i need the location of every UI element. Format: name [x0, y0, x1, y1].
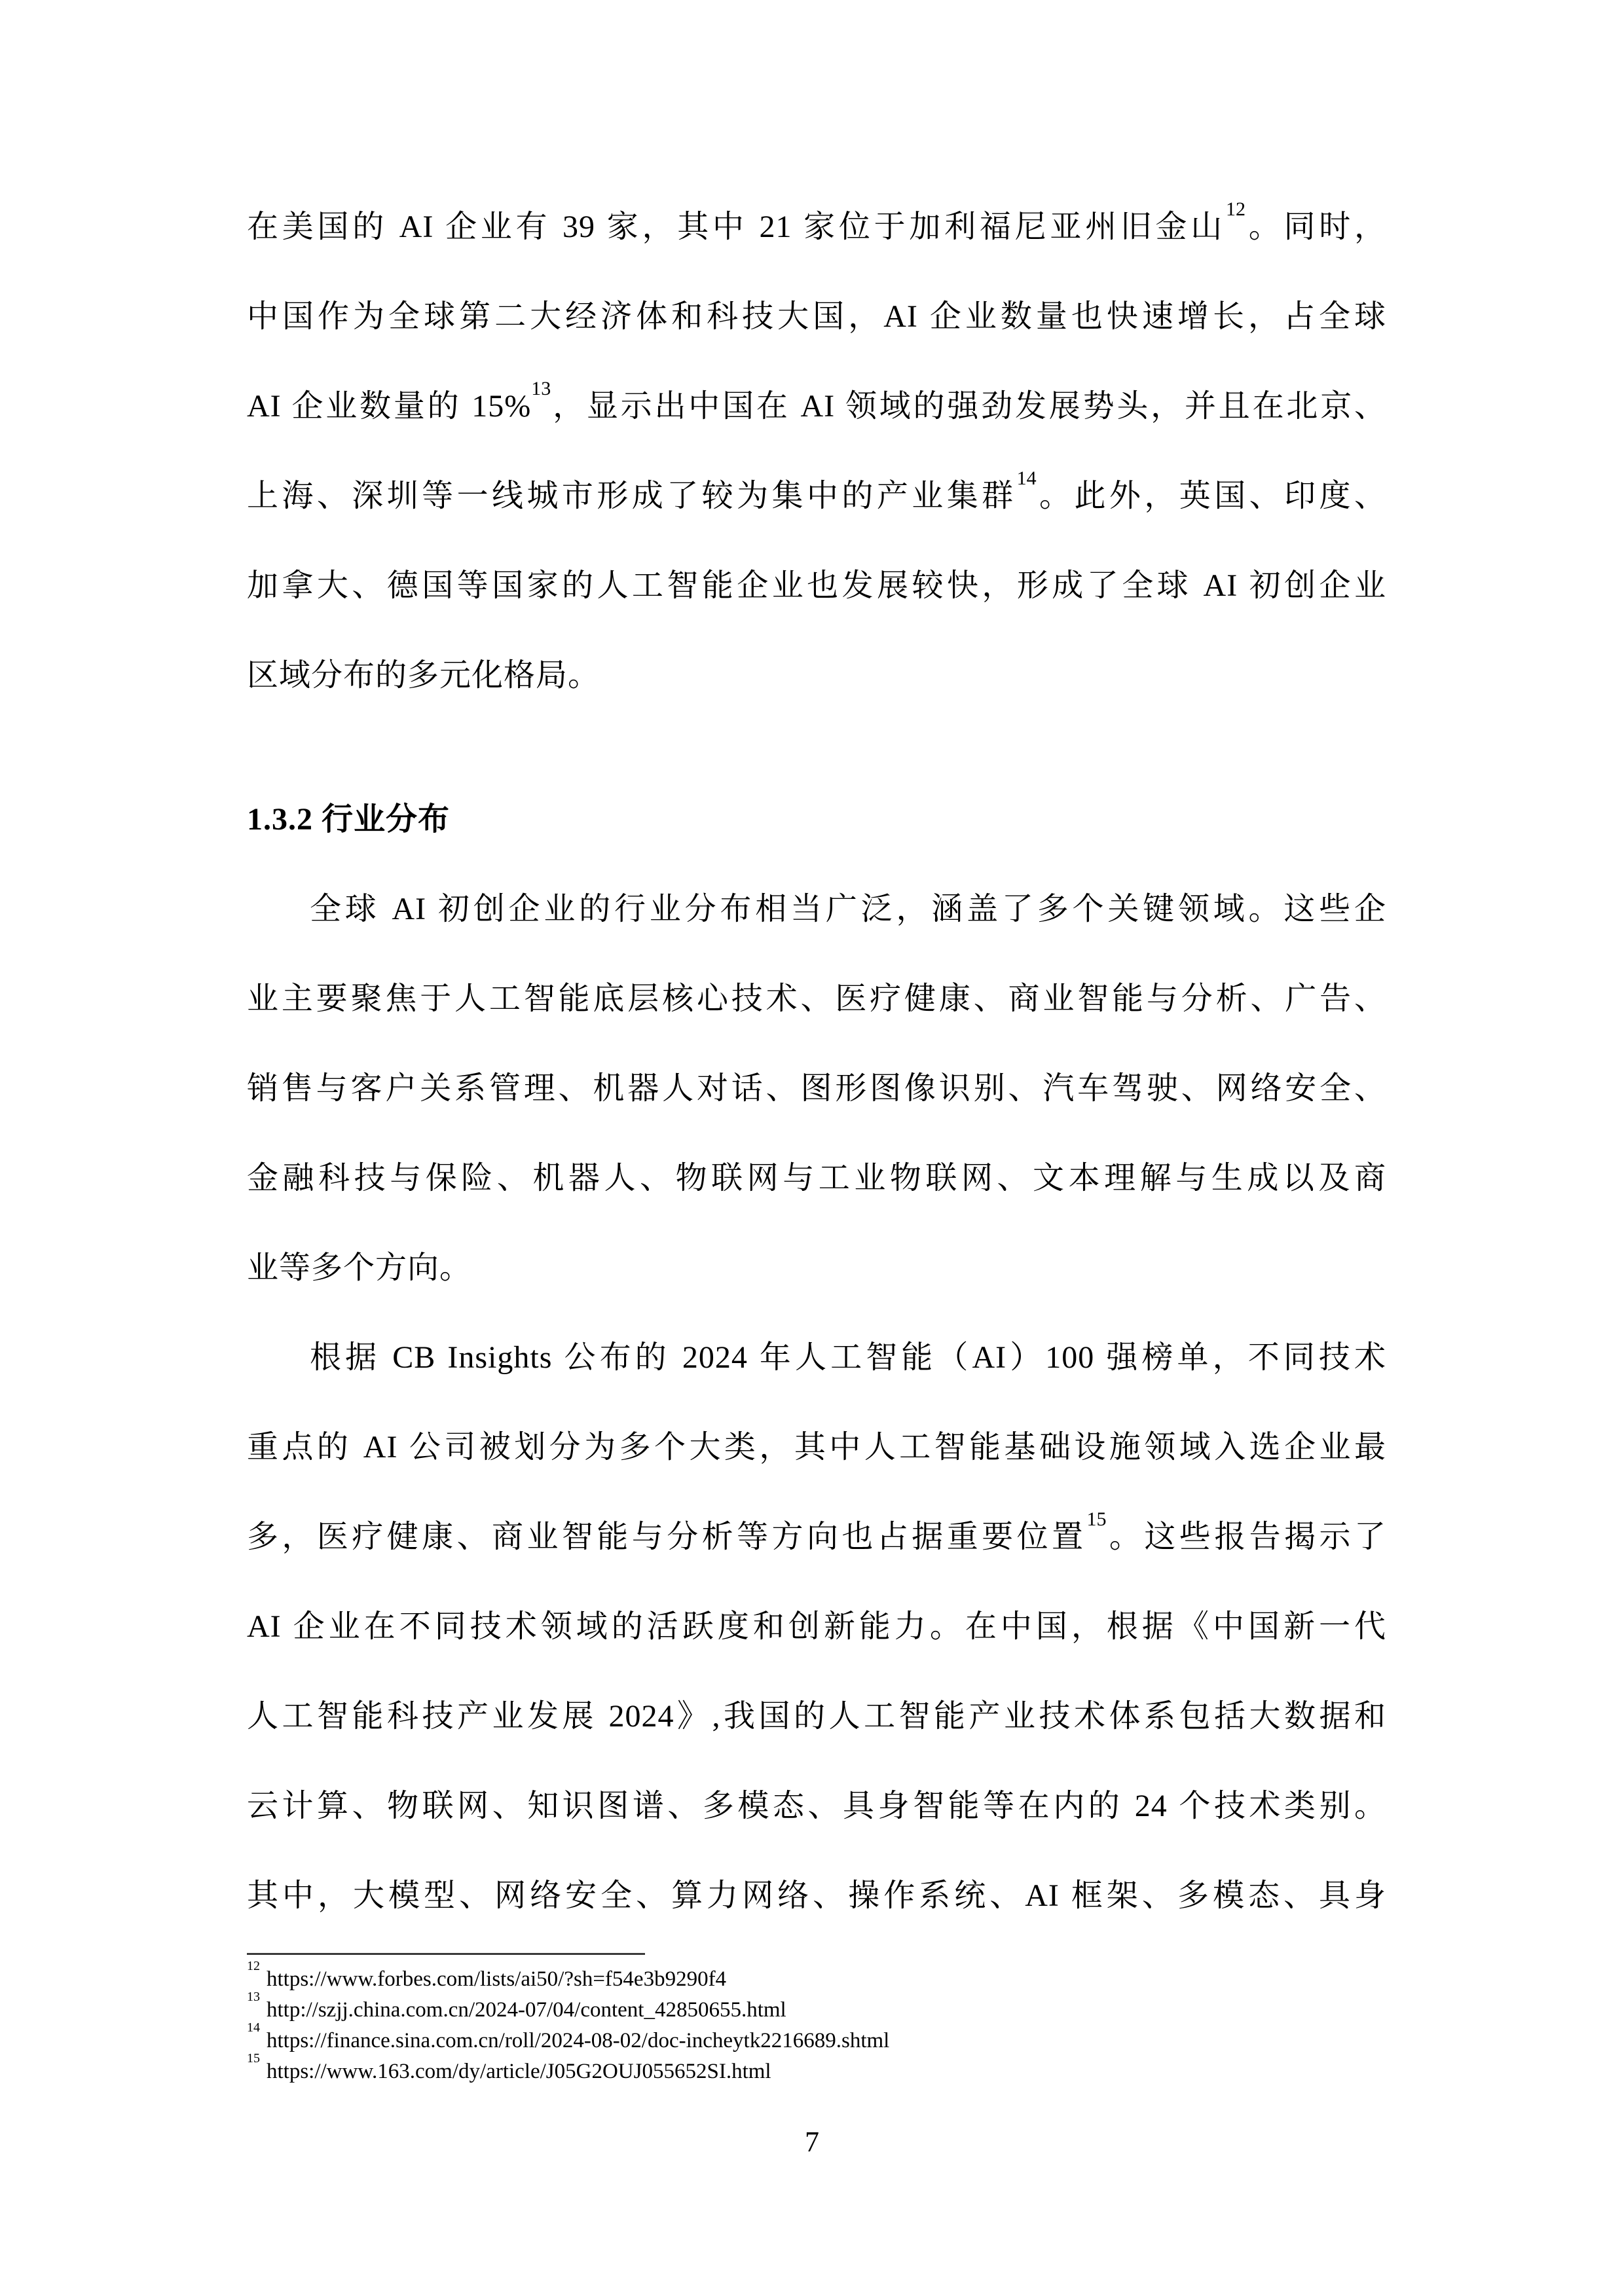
body-line: 其中，大模型、网络安全、算力网络、操作系统、AI 框架、多模态、具身 [247, 1851, 1386, 1941]
page-number: 7 [0, 2126, 1624, 2159]
document-blocks: 在美国的 AI 企业有 39 家，其中 21 家位于加利福尼亚州旧金山12。同时… [247, 182, 1386, 1941]
body-line: 多，医疗健康、商业智能与分析等方向也占据重要位置15。这些报告揭示了 [247, 1492, 1386, 1582]
body-line: 金融科技与保险、机器人、物联网与工业物联网、文本理解与生成以及商 [247, 1133, 1386, 1223]
paragraph: 在美国的 AI 企业有 39 家，其中 21 家位于加利福尼亚州旧金山12。同时… [247, 182, 1386, 720]
body-line: 业主要聚焦于人工智能底层核心技术、医疗健康、商业智能与分析、广告、 [247, 954, 1386, 1044]
body-line: 业等多个方向。 [247, 1223, 1386, 1313]
body-line: AI 企业在不同技术领域的活跃度和创新能力。在中国，根据《中国新一代 [247, 1582, 1386, 1671]
body-line: 重点的 AI 公司被划分为多个大类，其中人工智能基础设施领域入选企业最 [247, 1402, 1386, 1492]
footnote-area: 12https://www.forbes.com/lists/ai50/?sh=… [247, 1953, 1386, 2087]
body-line: 销售与客户关系管理、机器人对话、图形图像识别、汽车驾驶、网络安全、 [247, 1044, 1386, 1133]
body-line: 云计算、物联网、知识图谱、多模态、具身智能等在内的 24 个技术类别。 [247, 1761, 1386, 1851]
footnote-url: http://szjj.china.com.cn/2024-07/04/cont… [267, 1998, 786, 2022]
footnote-item: 15https://www.163.com/dy/article/J05G2OU… [247, 2056, 1386, 2087]
footnote-ref: 12 [1226, 198, 1246, 220]
body-line: 根据 CB Insights 公布的 2024 年人工智能（AI）100 强榜单… [247, 1313, 1386, 1402]
document-page: 在美国的 AI 企业有 39 家，其中 21 家位于加利福尼亚州旧金山12。同时… [0, 0, 1624, 2296]
footnote-url: https://www.forbes.com/lists/ai50/?sh=f5… [267, 1967, 726, 1991]
paragraph: 根据 CB Insights 公布的 2024 年人工智能（AI）100 强榜单… [247, 1313, 1386, 1941]
body-line: 中国作为全球第二大经济体和科技大国，AI 企业数量也快速增长，占全球 [247, 272, 1386, 361]
footnote-list: 12https://www.forbes.com/lists/ai50/?sh=… [247, 1964, 1386, 2087]
page-content: 在美国的 AI 企业有 39 家，其中 21 家位于加利福尼亚州旧金山12。同时… [247, 182, 1386, 1941]
body-line: 在美国的 AI 企业有 39 家，其中 21 家位于加利福尼亚州旧金山12。同时… [247, 182, 1386, 272]
footnote-number: 15 [247, 2051, 260, 2066]
body-line: 区域分布的多元化格局。 [247, 630, 1386, 720]
body-line: 加拿大、德国等国家的人工智能企业也发展较快，形成了全球 AI 初创企业 [247, 541, 1386, 630]
footnote-url: https://finance.sina.com.cn/roll/2024-08… [267, 2029, 889, 2052]
footnote-ref: 14 [1017, 467, 1037, 489]
footnote-number: 12 [247, 1959, 260, 1973]
footnote-separator-rule [247, 1953, 645, 1955]
body-line: 人工智能科技产业发展 2024》,我国的人工智能产业技术体系包括大数据和 [247, 1671, 1386, 1761]
footnote-number: 14 [247, 2020, 260, 2035]
footnote-number: 13 [247, 1990, 260, 2004]
body-line: 全球 AI 初创企业的行业分布相当广泛，涵盖了多个关键领域。这些企 [247, 864, 1386, 954]
paragraph: 全球 AI 初创企业的行业分布相当广泛，涵盖了多个关键领域。这些企业主要聚焦于人… [247, 864, 1386, 1313]
footnote-ref: 15 [1086, 1508, 1106, 1530]
body-line: AI 企业数量的 15%13，显示出中国在 AI 领域的强劲发展势头，并且在北京… [247, 361, 1386, 451]
footnote-ref: 13 [531, 378, 551, 399]
footnote-url: https://www.163.com/dy/article/J05G2OUJ0… [267, 2060, 771, 2083]
footnote-item: 14https://finance.sina.com.cn/roll/2024-… [247, 2026, 1386, 2056]
footnote-item: 13http://szjj.china.com.cn/2024-07/04/co… [247, 1995, 1386, 2026]
section-heading: 1.3.2 行业分布 [247, 774, 1386, 864]
footnote-item: 12https://www.forbes.com/lists/ai50/?sh=… [247, 1964, 1386, 1995]
body-line: 上海、深圳等一线城市形成了较为集中的产业集群14。此外，英国、印度、 [247, 451, 1386, 541]
